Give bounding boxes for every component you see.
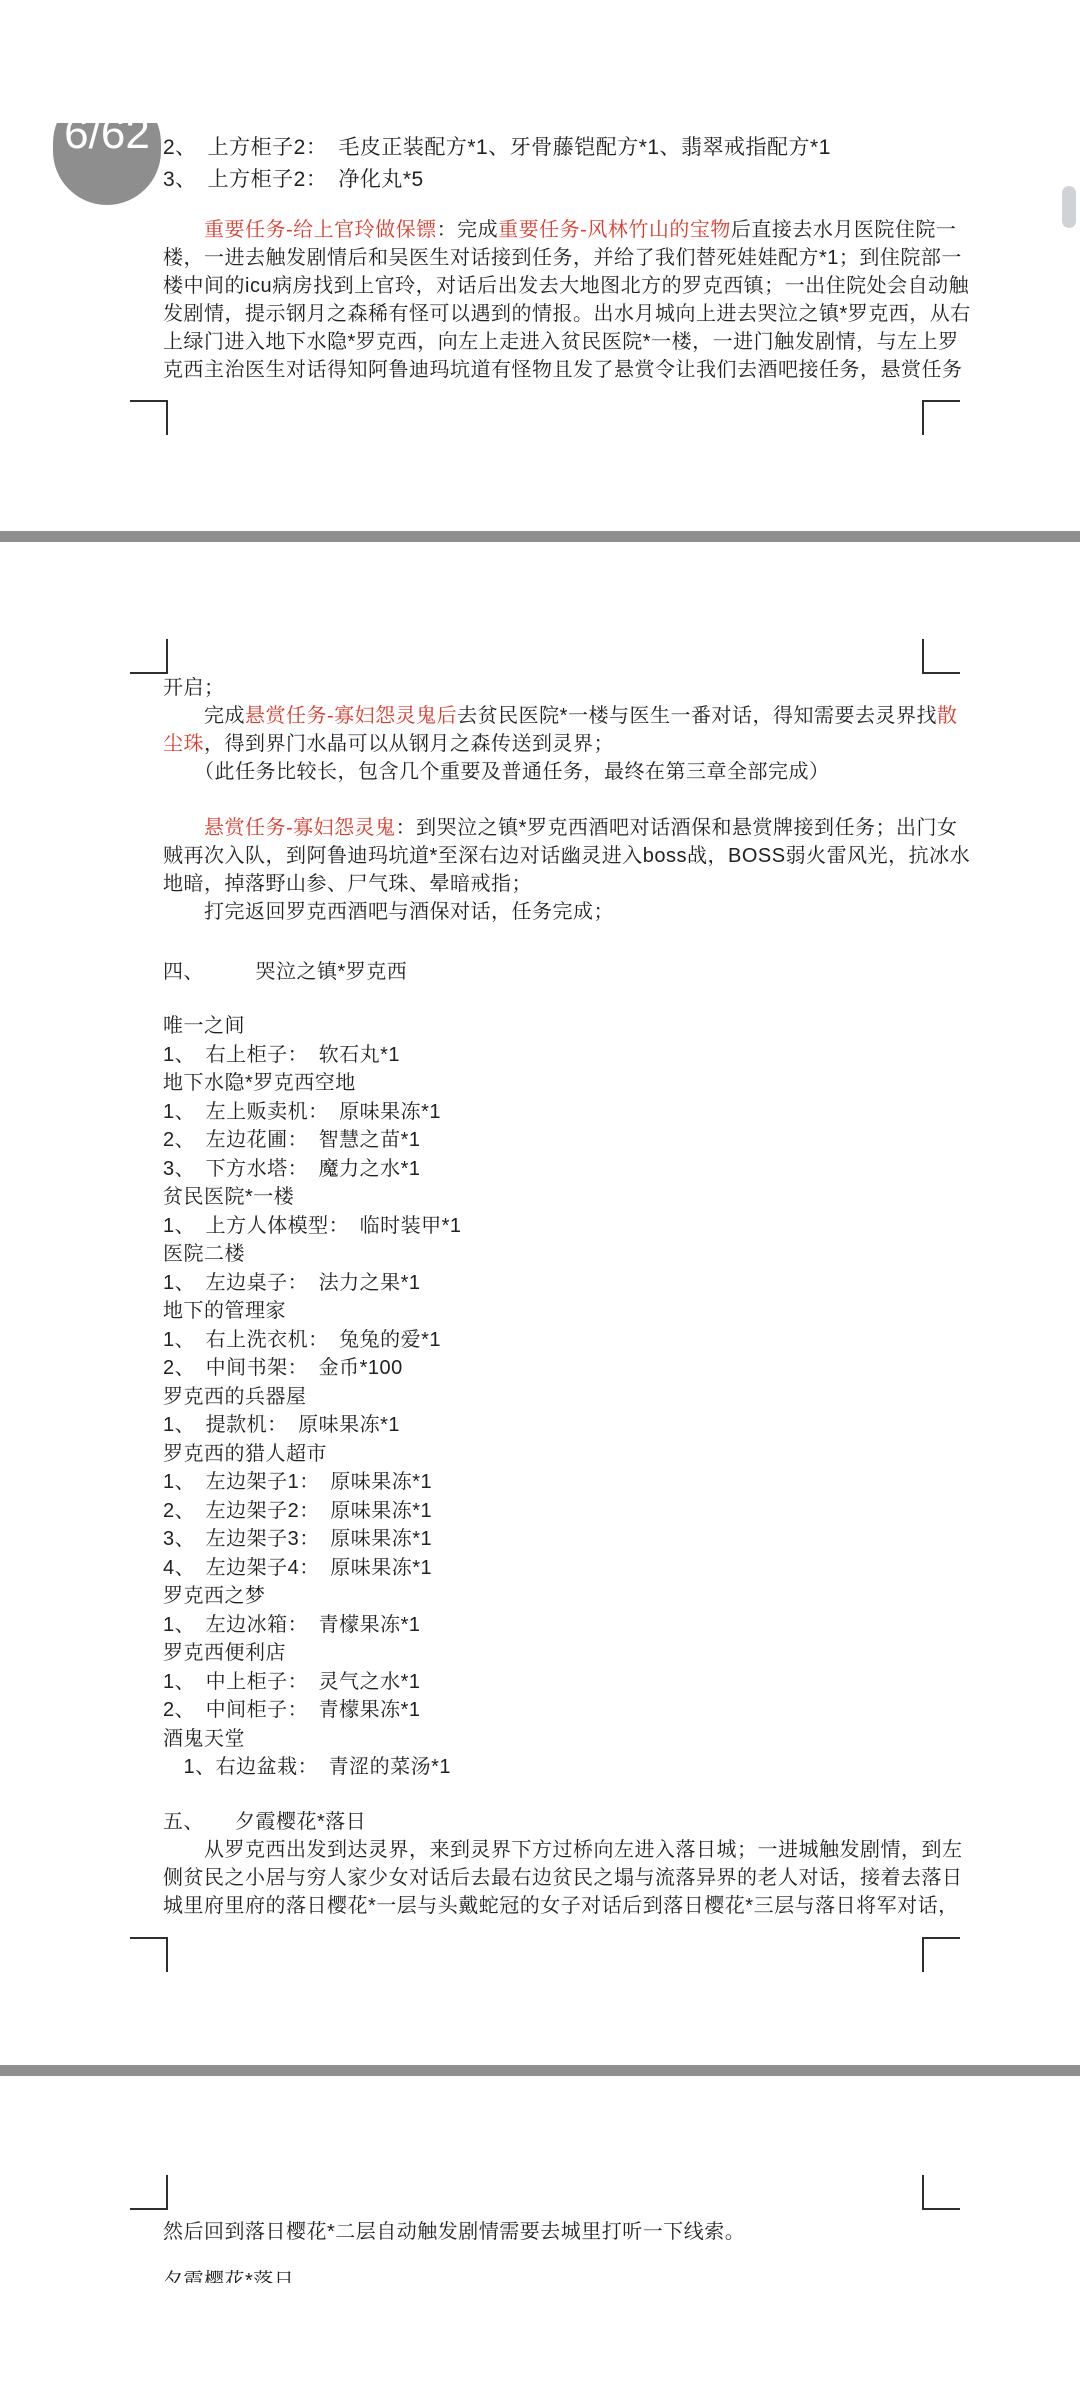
page-margin-mark-top-left — [130, 2175, 168, 2210]
page-margin-mark-top-right — [922, 2175, 960, 2210]
doc-text: 酒鬼天堂 — [163, 1728, 245, 1750]
doc-text: 1、 右上柜子： 软石丸*1 — [163, 1044, 400, 1066]
doc-text: 罗克西便利店 — [163, 1642, 286, 1664]
doc-text: 3、 左边架子3： 原味果冻*1 — [163, 1528, 432, 1550]
highlighted-task-text: 尘珠 — [163, 733, 204, 755]
doc-line: 地下的管理家 — [163, 1297, 286, 1326]
doc-line: 夕霞樱花*落日 — [163, 2267, 294, 2283]
doc-text: 医院二楼 — [163, 1243, 245, 1265]
doc-line: 1、 提款机： 原味果冻*1 — [163, 1411, 400, 1440]
doc-text: 四、 哭泣之镇*罗克西 — [163, 961, 407, 983]
doc-line: 城里府里府的落日樱花*一层与头戴蛇冠的女子对话后到落日樱花*三层与落日将军对话， — [163, 1892, 959, 1920]
doc-text: 贼再次入队，到阿鲁迪玛坑道*至深右边对话幽灵进入boss战，BOSS弱火雷风光，… — [163, 845, 970, 867]
doc-text: ：完成 — [437, 219, 499, 241]
doc-text: 完成 — [163, 705, 245, 727]
doc-line: 地下水隐*罗克西空地 — [163, 1069, 356, 1098]
page-margin-mark-bottom-left — [130, 400, 168, 435]
doc-text: 贫民医院*一楼 — [163, 1186, 294, 1208]
doc-text: 从罗克西出发到达灵界，来到灵界下方过桥向左进入落日城；一进城触发剧情，到左 — [163, 1839, 963, 1861]
doc-text: 然后回到落日樱花*二层自动触发剧情需要去城里打听一下线索。 — [163, 2221, 745, 2243]
doc-line: 2、 左边花圃： 智慧之苗*1 — [163, 1126, 421, 1155]
doc-line: 五、 夕霞樱花*落日 — [163, 1808, 366, 1836]
doc-line: 2、 左边架子2： 原味果冻*1 — [163, 1497, 432, 1526]
doc-line: 4、 左边架子4： 原味果冻*1 — [163, 1554, 432, 1583]
doc-line: 贫民医院*一楼 — [163, 1183, 294, 1212]
doc-text: 克西主治医生对话得知阿鲁迪玛坑道有怪物且发了悬赏令让我们去酒吧接任务，悬赏任务 — [163, 359, 963, 381]
doc-text: 1、 右上洗衣机： 兔兔的爱*1 — [163, 1329, 441, 1351]
doc-line: 1、 左边冰箱： 青檬果冻*1 — [163, 1611, 421, 1640]
doc-line: 罗克西便利店 — [163, 1639, 286, 1668]
highlighted-task-text: 悬赏任务-寡妇怨灵鬼 — [204, 817, 396, 839]
highlighted-task-text: 重要任务-风林竹山的宝物 — [498, 219, 731, 241]
page-gap-separator — [0, 2065, 1080, 2076]
doc-line: 1、 右上洗衣机： 兔兔的爱*1 — [163, 1326, 441, 1355]
doc-line: 尘珠，得到界门水晶可以从钢月之森传送到灵界； — [163, 730, 614, 758]
doc-line: 2、 中间书架： 金币*100 — [163, 1354, 403, 1383]
doc-text: 楼中间的icu病房找到上官玲，对话后出发去大地图北方的罗克西镇；一出住院处会自动… — [163, 275, 969, 297]
page-margin-mark-top-left — [130, 639, 168, 674]
doc-line: 1、右边盆栽： 青涩的菜汤*1 — [163, 1753, 451, 1782]
doc-text: 3、 下方水塔： 魔力之水*1 — [163, 1158, 421, 1180]
doc-line: 贼再次入队，到阿鲁迪玛坑道*至深右边对话幽灵进入boss战，BOSS弱火雷风光，… — [163, 842, 970, 870]
doc-line: 1、 中上柜子： 灵气之水*1 — [163, 1668, 421, 1697]
page-indicator-label: 6/62 — [53, 123, 161, 159]
doc-text — [163, 219, 204, 241]
doc-line: 从罗克西出发到达灵界，来到灵界下方过桥向左进入落日城；一进城触发剧情，到左 — [163, 1836, 963, 1864]
doc-text: 五、 夕霞樱花*落日 — [163, 1811, 366, 1833]
doc-text: 罗克西之梦 — [163, 1585, 266, 1607]
doc-line: 打完返回罗克西酒吧与酒保对话，任务完成； — [163, 898, 614, 926]
doc-line: 3、 左边架子3： 原味果冻*1 — [163, 1525, 432, 1554]
doc-text: 2、 中间柜子： 青檬果冻*1 — [163, 1699, 421, 1721]
doc-line: 1、 左边桌子： 法力之果*1 — [163, 1269, 421, 1298]
doc-text: 1、 左边架子1： 原味果冻*1 — [163, 1471, 432, 1493]
doc-line: 楼，一进去触发剧情后和吴医生对话接到任务，并给了我们替死娃娃配方*1；到住院部一 — [163, 244, 962, 272]
doc-text: 城里府里府的落日樱花*一层与头戴蛇冠的女子对话后到落日樱花*三层与落日将军对话， — [163, 1895, 959, 1917]
doc-text: 罗克西的兵器屋 — [163, 1386, 307, 1408]
doc-text: 开启； — [163, 677, 225, 699]
doc-line: 1、 左上贩卖机： 原味果冻*1 — [163, 1098, 441, 1127]
doc-text: 地暗，掉落野山参、尸气珠、晕暗戒指； — [163, 873, 532, 895]
highlighted-task-text: 重要任务-给上官玲做保镖 — [204, 219, 437, 241]
doc-line: 完成悬赏任务-寡妇怨灵鬼后去贫民医院*一楼与医生一番对话，得知需要去灵界找散 — [163, 702, 957, 730]
doc-text: 夕霞樱花*落日 — [163, 2270, 294, 2283]
doc-line: 罗克西的兵器屋 — [163, 1383, 307, 1412]
doc-text: 后直接去水月医院住院一 — [731, 219, 957, 241]
doc-text: 侧贫民之小居与穷人家少女对话后去最右边贫民之塌与流落异界的老人对话，接着去落日 — [163, 1867, 963, 1889]
highlighted-task-text: 悬赏任务-寡妇怨灵鬼后 — [245, 705, 457, 727]
scrollbar-thumb[interactable] — [1062, 186, 1076, 228]
doc-line: 2、 中间柜子： 青檬果冻*1 — [163, 1696, 421, 1725]
doc-line: 1、 左边架子1： 原味果冻*1 — [163, 1468, 432, 1497]
doc-text: 1、 左上贩卖机： 原味果冻*1 — [163, 1101, 441, 1123]
page-indicator-badge: 6/62 — [53, 123, 161, 205]
doc-line: 侧贫民之小居与穷人家少女对话后去最右边贫民之塌与流落异界的老人对话，接着去落日 — [163, 1864, 963, 1892]
doc-line: 楼中间的icu病房找到上官玲，对话后出发去大地图北方的罗克西镇；一出住院处会自动… — [163, 272, 969, 300]
doc-text: ：到哭泣之镇*罗克西酒吧对话酒保和悬赏牌接到任务；出门女 — [396, 817, 958, 839]
doc-line: 罗克西之梦 — [163, 1582, 266, 1611]
doc-line: 地暗，掉落野山参、尸气珠、晕暗戒指； — [163, 870, 532, 898]
doc-text: 楼，一进去触发剧情后和吴医生对话接到任务，并给了我们替死娃娃配方*1；到住院部一 — [163, 247, 962, 269]
doc-text: 4、 左边架子4： 原味果冻*1 — [163, 1557, 432, 1579]
doc-text: 唯一之间 — [163, 1015, 245, 1037]
doc-line: 悬赏任务-寡妇怨灵鬼：到哭泣之镇*罗克西酒吧对话酒保和悬赏牌接到任务；出门女 — [163, 814, 957, 842]
doc-line: 唯一之间 — [163, 1012, 245, 1041]
doc-line: 1、 上方人体模型： 临时装甲*1 — [163, 1212, 462, 1241]
doc-text: 地下水隐*罗克西空地 — [163, 1072, 356, 1094]
doc-text — [163, 817, 204, 839]
doc-line: 酒鬼天堂 — [163, 1725, 245, 1754]
doc-text: 去贫民医院*一楼与医生一番对话，得知需要去灵界找 — [457, 705, 937, 727]
doc-text: 2、 上方柜子2： 毛皮正装配方*1、牙骨藤铠配方*1、翡翠戒指配方*1 — [163, 136, 831, 159]
page-margin-mark-bottom-right — [922, 1937, 960, 1972]
clipped-line-container: 夕霞樱花*落日 — [0, 2267, 1080, 2283]
page-margin-mark-top-right — [922, 639, 960, 674]
doc-line: 发剧情，提示钢月之森稀有怪可以遇到的情报。出水月城向上进去哭泣之镇*罗克西，从右 — [163, 300, 971, 328]
doc-text: 1、 提款机： 原味果冻*1 — [163, 1414, 400, 1436]
doc-text: 发剧情，提示钢月之森稀有怪可以遇到的情报。出水月城向上进去哭泣之镇*罗克西，从右 — [163, 303, 971, 325]
doc-line: 1、 右上柜子： 软石丸*1 — [163, 1041, 400, 1070]
doc-line: （此任务比较长，包含几个重要及普通任务，最终在第三章全部完成） — [163, 758, 830, 786]
doc-line: 上绿门进入地下水隐*罗克西，向左上走进入贫民医院*一楼，一进门触发剧情，与左上罗 — [163, 328, 959, 356]
doc-text: 2、 左边花圃： 智慧之苗*1 — [163, 1129, 421, 1151]
doc-line: 医院二楼 — [163, 1240, 245, 1269]
doc-text: ，得到界门水晶可以从钢月之森传送到灵界； — [204, 733, 614, 755]
doc-line: 重要任务-给上官玲做保镖：完成重要任务-风林竹山的宝物后直接去水月医院住院一 — [163, 216, 956, 244]
doc-text: 2、 中间书架： 金币*100 — [163, 1357, 403, 1379]
doc-line: 罗克西的猎人超市 — [163, 1440, 327, 1469]
doc-text: 1、 中上柜子： 灵气之水*1 — [163, 1671, 421, 1693]
highlighted-task-text: 散 — [937, 705, 958, 727]
doc-text: 上绿门进入地下水隐*罗克西，向左上走进入贫民医院*一楼，一进门触发剧情，与左上罗 — [163, 331, 959, 353]
doc-text: 1、 上方人体模型： 临时装甲*1 — [163, 1215, 462, 1237]
doc-line: 3、 上方柜子2： 净化丸*5 — [163, 164, 424, 196]
doc-text: 2、 左边架子2： 原味果冻*1 — [163, 1500, 432, 1522]
doc-text: 1、 左边桌子： 法力之果*1 — [163, 1272, 421, 1294]
page-margin-mark-bottom-right — [922, 400, 960, 435]
page-margin-mark-bottom-left — [130, 1937, 168, 1972]
doc-line: 开启； — [163, 674, 225, 702]
doc-line: 2、 上方柜子2： 毛皮正装配方*1、牙骨藤铠配方*1、翡翠戒指配方*1 — [163, 132, 831, 164]
doc-text: 罗克西的猎人超市 — [163, 1443, 327, 1465]
doc-text: 3、 上方柜子2： 净化丸*5 — [163, 168, 424, 191]
doc-text: 打完返回罗克西酒吧与酒保对话，任务完成； — [163, 901, 614, 923]
doc-line: 3、 下方水塔： 魔力之水*1 — [163, 1155, 421, 1184]
doc-text: 1、右边盆栽： 青涩的菜汤*1 — [163, 1756, 451, 1778]
doc-text: （此任务比较长，包含几个重要及普通任务，最终在第三章全部完成） — [163, 761, 830, 783]
doc-line: 然后回到落日樱花*二层自动触发剧情需要去城里打听一下线索。 — [163, 2218, 745, 2246]
doc-text: 1、 左边冰箱： 青檬果冻*1 — [163, 1614, 421, 1636]
page-gap-separator — [0, 531, 1080, 542]
doc-text: 地下的管理家 — [163, 1300, 286, 1322]
doc-line: 四、 哭泣之镇*罗克西 — [163, 958, 407, 986]
doc-line: 克西主治医生对话得知阿鲁迪玛坑道有怪物且发了悬赏令让我们去酒吧接任务，悬赏任务 — [163, 356, 963, 384]
